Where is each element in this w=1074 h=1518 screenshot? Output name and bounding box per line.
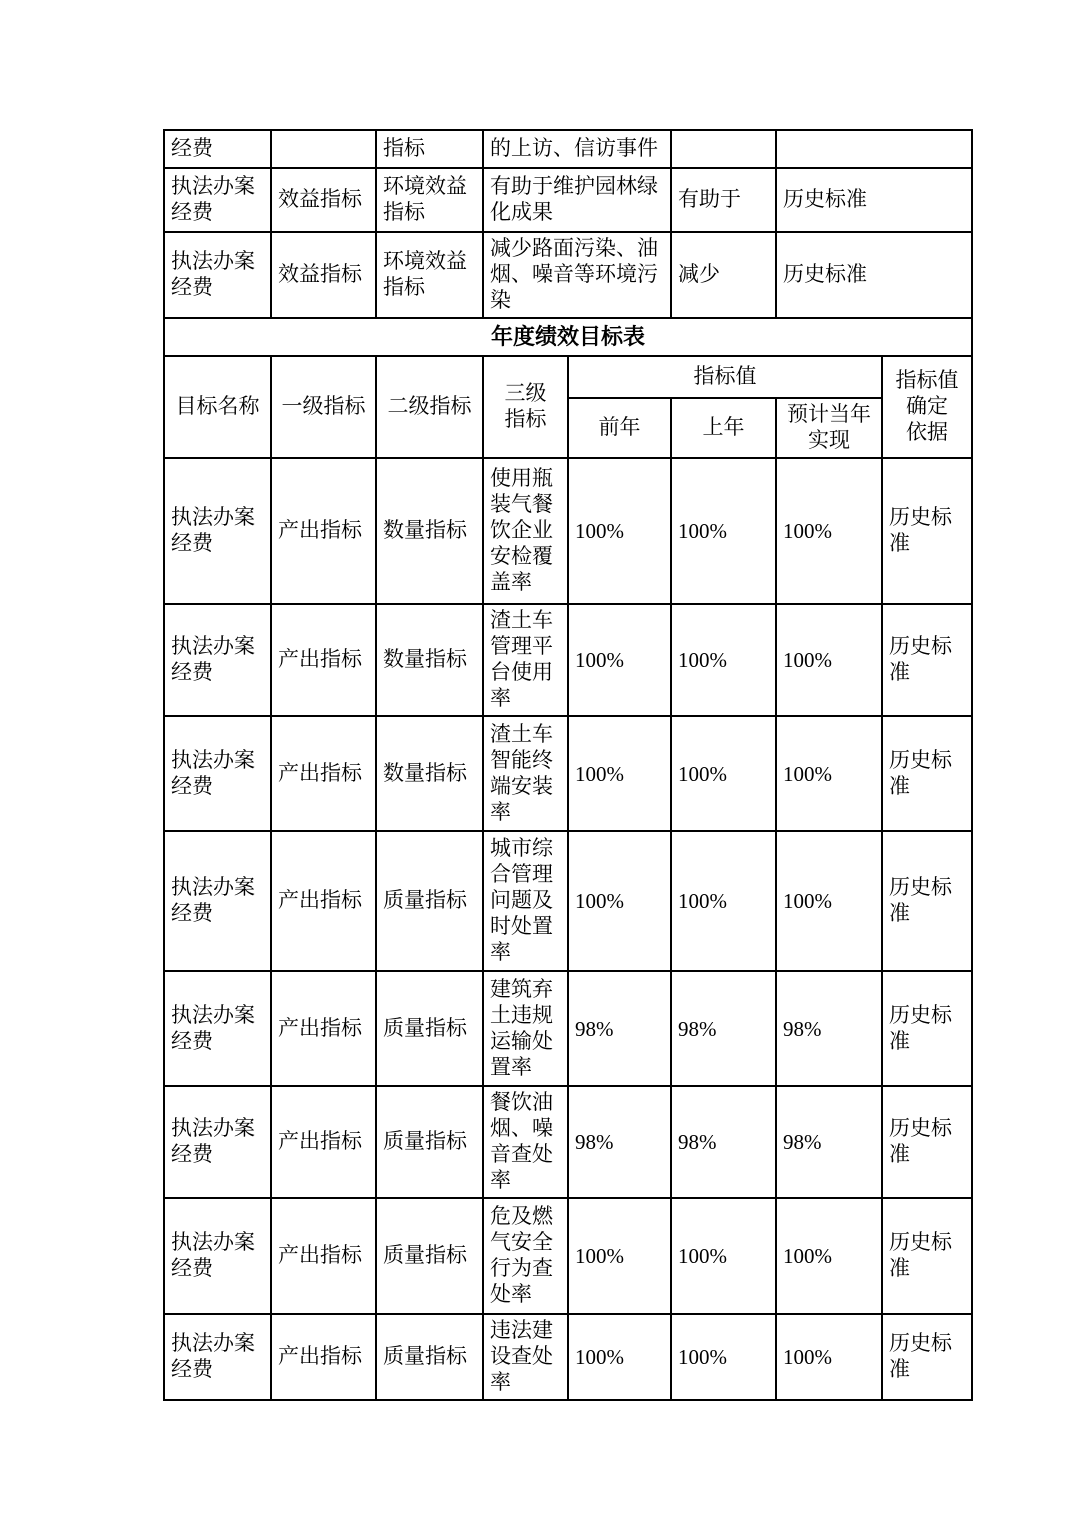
tables-wrap: 经费指标的上访、信访事件执法办案经费效益指标环境效益指标有助于维护园林绿化成果有…	[163, 129, 971, 1401]
cell-value-last-year: 100%	[671, 1314, 776, 1400]
cell-level2-indicator: 指标	[376, 130, 483, 168]
table-row: 执法办案经费效益指标环境效益指标有助于维护园林绿化成果有助于历史标准	[164, 168, 972, 232]
cell-level3-indicator: 餐饮油烟、噪音查处率	[483, 1086, 568, 1198]
cell-level1-indicator: 产出指标	[271, 604, 376, 716]
cell-level1-indicator: 产出指标	[271, 1314, 376, 1400]
cell-level2-indicator: 质量指标	[376, 1086, 483, 1198]
header-level3-indicator: 三级 指标	[483, 356, 568, 458]
cell-level1-indicator	[271, 130, 376, 168]
cell-value-basis	[776, 130, 972, 168]
header-indicator-value: 指标值	[568, 356, 882, 398]
table-row: 执法办案经费产出指标质量指标违法建设查处率100%100%100%历史标准	[164, 1314, 972, 1400]
cell-value-year-before-last: 98%	[568, 971, 671, 1086]
header-goal-name: 目标名称	[164, 356, 271, 458]
cell-level2-indicator: 数量指标	[376, 604, 483, 716]
cell-level1-indicator: 产出指标	[271, 716, 376, 831]
document-page: 经费指标的上访、信访事件执法办案经费效益指标环境效益指标有助于维护园林绿化成果有…	[0, 0, 1074, 1518]
header-last-year: 上年	[671, 398, 776, 458]
table-title-row: 年度绩效目标表	[164, 318, 972, 356]
cell-indicator-description: 有助于维护园林绿化成果	[483, 168, 671, 232]
header-row-top: 目标名称 一级指标 二级指标 三级 指标 指标值 指标值 确定 依据	[164, 356, 972, 398]
header-value-basis: 指标值 确定 依据	[882, 356, 972, 458]
cell-level2-indicator: 质量指标	[376, 831, 483, 971]
cell-value-expected-current-year: 100%	[776, 458, 882, 604]
cell-value-basis: 历史标准	[882, 604, 972, 716]
header-level1-indicator: 一级指标	[271, 356, 376, 458]
cell-value-last-year: 100%	[671, 604, 776, 716]
cell-goal-name: 执法办案经费	[164, 458, 271, 604]
cell-level3-indicator: 渣土车智能终端安装率	[483, 716, 568, 831]
cell-goal-name: 执法办案经费	[164, 1314, 271, 1400]
cell-value-expected-current-year: 98%	[776, 1086, 882, 1198]
performance-table-head: 年度绩效目标表 目标名称 一级指标 二级指标 三级 指标 指标值 指标值 确定 …	[164, 318, 972, 458]
cell-indicator-value: 有助于	[671, 168, 776, 232]
table-row: 执法办案经费产出指标数量指标渣土车智能终端安装率100%100%100%历史标准	[164, 716, 972, 831]
cell-value-year-before-last: 100%	[568, 1198, 671, 1314]
cell-project-name: 经费	[164, 130, 271, 168]
cell-level1-indicator: 产出指标	[271, 458, 376, 604]
cell-indicator-value	[671, 130, 776, 168]
cell-level3-indicator: 建筑弃土违规运输处置率	[483, 971, 568, 1086]
cell-value-basis: 历史标准	[882, 716, 972, 831]
cell-value-basis: 历史标准	[882, 831, 972, 971]
table-row: 执法办案经费产出指标数量指标渣土车管理平台使用率100%100%100%历史标准	[164, 604, 972, 716]
cell-goal-name: 执法办案经费	[164, 1086, 271, 1198]
cell-value-year-before-last: 100%	[568, 604, 671, 716]
cell-level3-indicator: 渣土车管理平台使用率	[483, 604, 568, 716]
cell-level2-indicator: 数量指标	[376, 716, 483, 831]
cell-level2-indicator: 环境效益指标	[376, 168, 483, 232]
cell-value-last-year: 98%	[671, 971, 776, 1086]
cell-value-expected-current-year: 100%	[776, 1314, 882, 1400]
cell-value-last-year: 100%	[671, 1198, 776, 1314]
table-title: 年度绩效目标表	[164, 318, 972, 356]
cell-value-expected-current-year: 100%	[776, 716, 882, 831]
cell-level2-indicator: 环境效益指标	[376, 232, 483, 318]
cell-level3-indicator: 城市综合管理问题及时处置率	[483, 831, 568, 971]
cell-value-basis: 历史标准	[776, 168, 972, 232]
continuation-table: 经费指标的上访、信访事件执法办案经费效益指标环境效益指标有助于维护园林绿化成果有…	[163, 129, 973, 319]
cell-value-expected-current-year: 98%	[776, 971, 882, 1086]
cell-indicator-description: 的上访、信访事件	[483, 130, 671, 168]
cell-goal-name: 执法办案经费	[164, 971, 271, 1086]
cell-value-year-before-last: 98%	[568, 1086, 671, 1198]
table-row: 执法办案经费效益指标环境效益指标减少路面污染、油烟、噪音等环境污染减少历史标准	[164, 232, 972, 318]
cell-value-year-before-last: 100%	[568, 716, 671, 831]
table-row: 经费指标的上访、信访事件	[164, 130, 972, 168]
cell-level2-indicator: 数量指标	[376, 458, 483, 604]
cell-value-year-before-last: 100%	[568, 831, 671, 971]
cell-level1-indicator: 产出指标	[271, 1198, 376, 1314]
cell-level1-indicator: 产出指标	[271, 831, 376, 971]
table-row: 执法办案经费产出指标质量指标危及燃气安全行为查处率100%100%100%历史标…	[164, 1198, 972, 1314]
cell-level2-indicator: 质量指标	[376, 971, 483, 1086]
header-year-before-last: 前年	[568, 398, 671, 458]
cell-project-name: 执法办案经费	[164, 232, 271, 318]
table-row: 执法办案经费产出指标质量指标餐饮油烟、噪音查处率98%98%98%历史标准	[164, 1086, 972, 1198]
cell-value-basis: 历史标准	[882, 1314, 972, 1400]
cell-value-last-year: 100%	[671, 458, 776, 604]
cell-level1-indicator: 效益指标	[271, 232, 376, 318]
cell-value-last-year: 98%	[671, 1086, 776, 1198]
cell-value-year-before-last: 100%	[568, 1314, 671, 1400]
annual-performance-target-table: 年度绩效目标表 目标名称 一级指标 二级指标 三级 指标 指标值 指标值 确定 …	[163, 317, 973, 1401]
cell-value-year-before-last: 100%	[568, 458, 671, 604]
cell-level3-indicator: 违法建设查处率	[483, 1314, 568, 1400]
cell-value-expected-current-year: 100%	[776, 1198, 882, 1314]
cell-value-last-year: 100%	[671, 716, 776, 831]
cell-value-basis: 历史标准	[882, 971, 972, 1086]
cell-value-basis: 历史标准	[776, 232, 972, 318]
cell-value-last-year: 100%	[671, 831, 776, 971]
cell-level2-indicator: 质量指标	[376, 1198, 483, 1314]
cell-value-basis: 历史标准	[882, 1198, 972, 1314]
table-row: 执法办案经费产出指标质量指标城市综合管理问题及时处置率100%100%100%历…	[164, 831, 972, 971]
cell-value-basis: 历史标准	[882, 458, 972, 604]
continuation-table-body: 经费指标的上访、信访事件执法办案经费效益指标环境效益指标有助于维护园林绿化成果有…	[164, 130, 972, 318]
cell-goal-name: 执法办案经费	[164, 831, 271, 971]
cell-project-name: 执法办案经费	[164, 168, 271, 232]
header-expected-current-year: 预计当年 实现	[776, 398, 882, 458]
cell-level2-indicator: 质量指标	[376, 1314, 483, 1400]
performance-table-body: 执法办案经费产出指标数量指标使用瓶装气餐饮企业安检覆盖率100%100%100%…	[164, 458, 972, 1400]
cell-indicator-value: 减少	[671, 232, 776, 318]
table-row: 执法办案经费产出指标质量指标建筑弃土违规运输处置率98%98%98%历史标准	[164, 971, 972, 1086]
cell-goal-name: 执法办案经费	[164, 1198, 271, 1314]
cell-value-expected-current-year: 100%	[776, 604, 882, 716]
table-row: 执法办案经费产出指标数量指标使用瓶装气餐饮企业安检覆盖率100%100%100%…	[164, 458, 972, 604]
cell-indicator-description: 减少路面污染、油烟、噪音等环境污染	[483, 232, 671, 318]
cell-goal-name: 执法办案经费	[164, 716, 271, 831]
cell-value-expected-current-year: 100%	[776, 831, 882, 971]
cell-level1-indicator: 产出指标	[271, 1086, 376, 1198]
cell-level3-indicator: 使用瓶装气餐饮企业安检覆盖率	[483, 458, 568, 604]
cell-level1-indicator: 产出指标	[271, 971, 376, 1086]
header-level2-indicator: 二级指标	[376, 356, 483, 458]
cell-value-basis: 历史标准	[882, 1086, 972, 1198]
cell-level1-indicator: 效益指标	[271, 168, 376, 232]
cell-goal-name: 执法办案经费	[164, 604, 271, 716]
cell-level3-indicator: 危及燃气安全行为查处率	[483, 1198, 568, 1314]
